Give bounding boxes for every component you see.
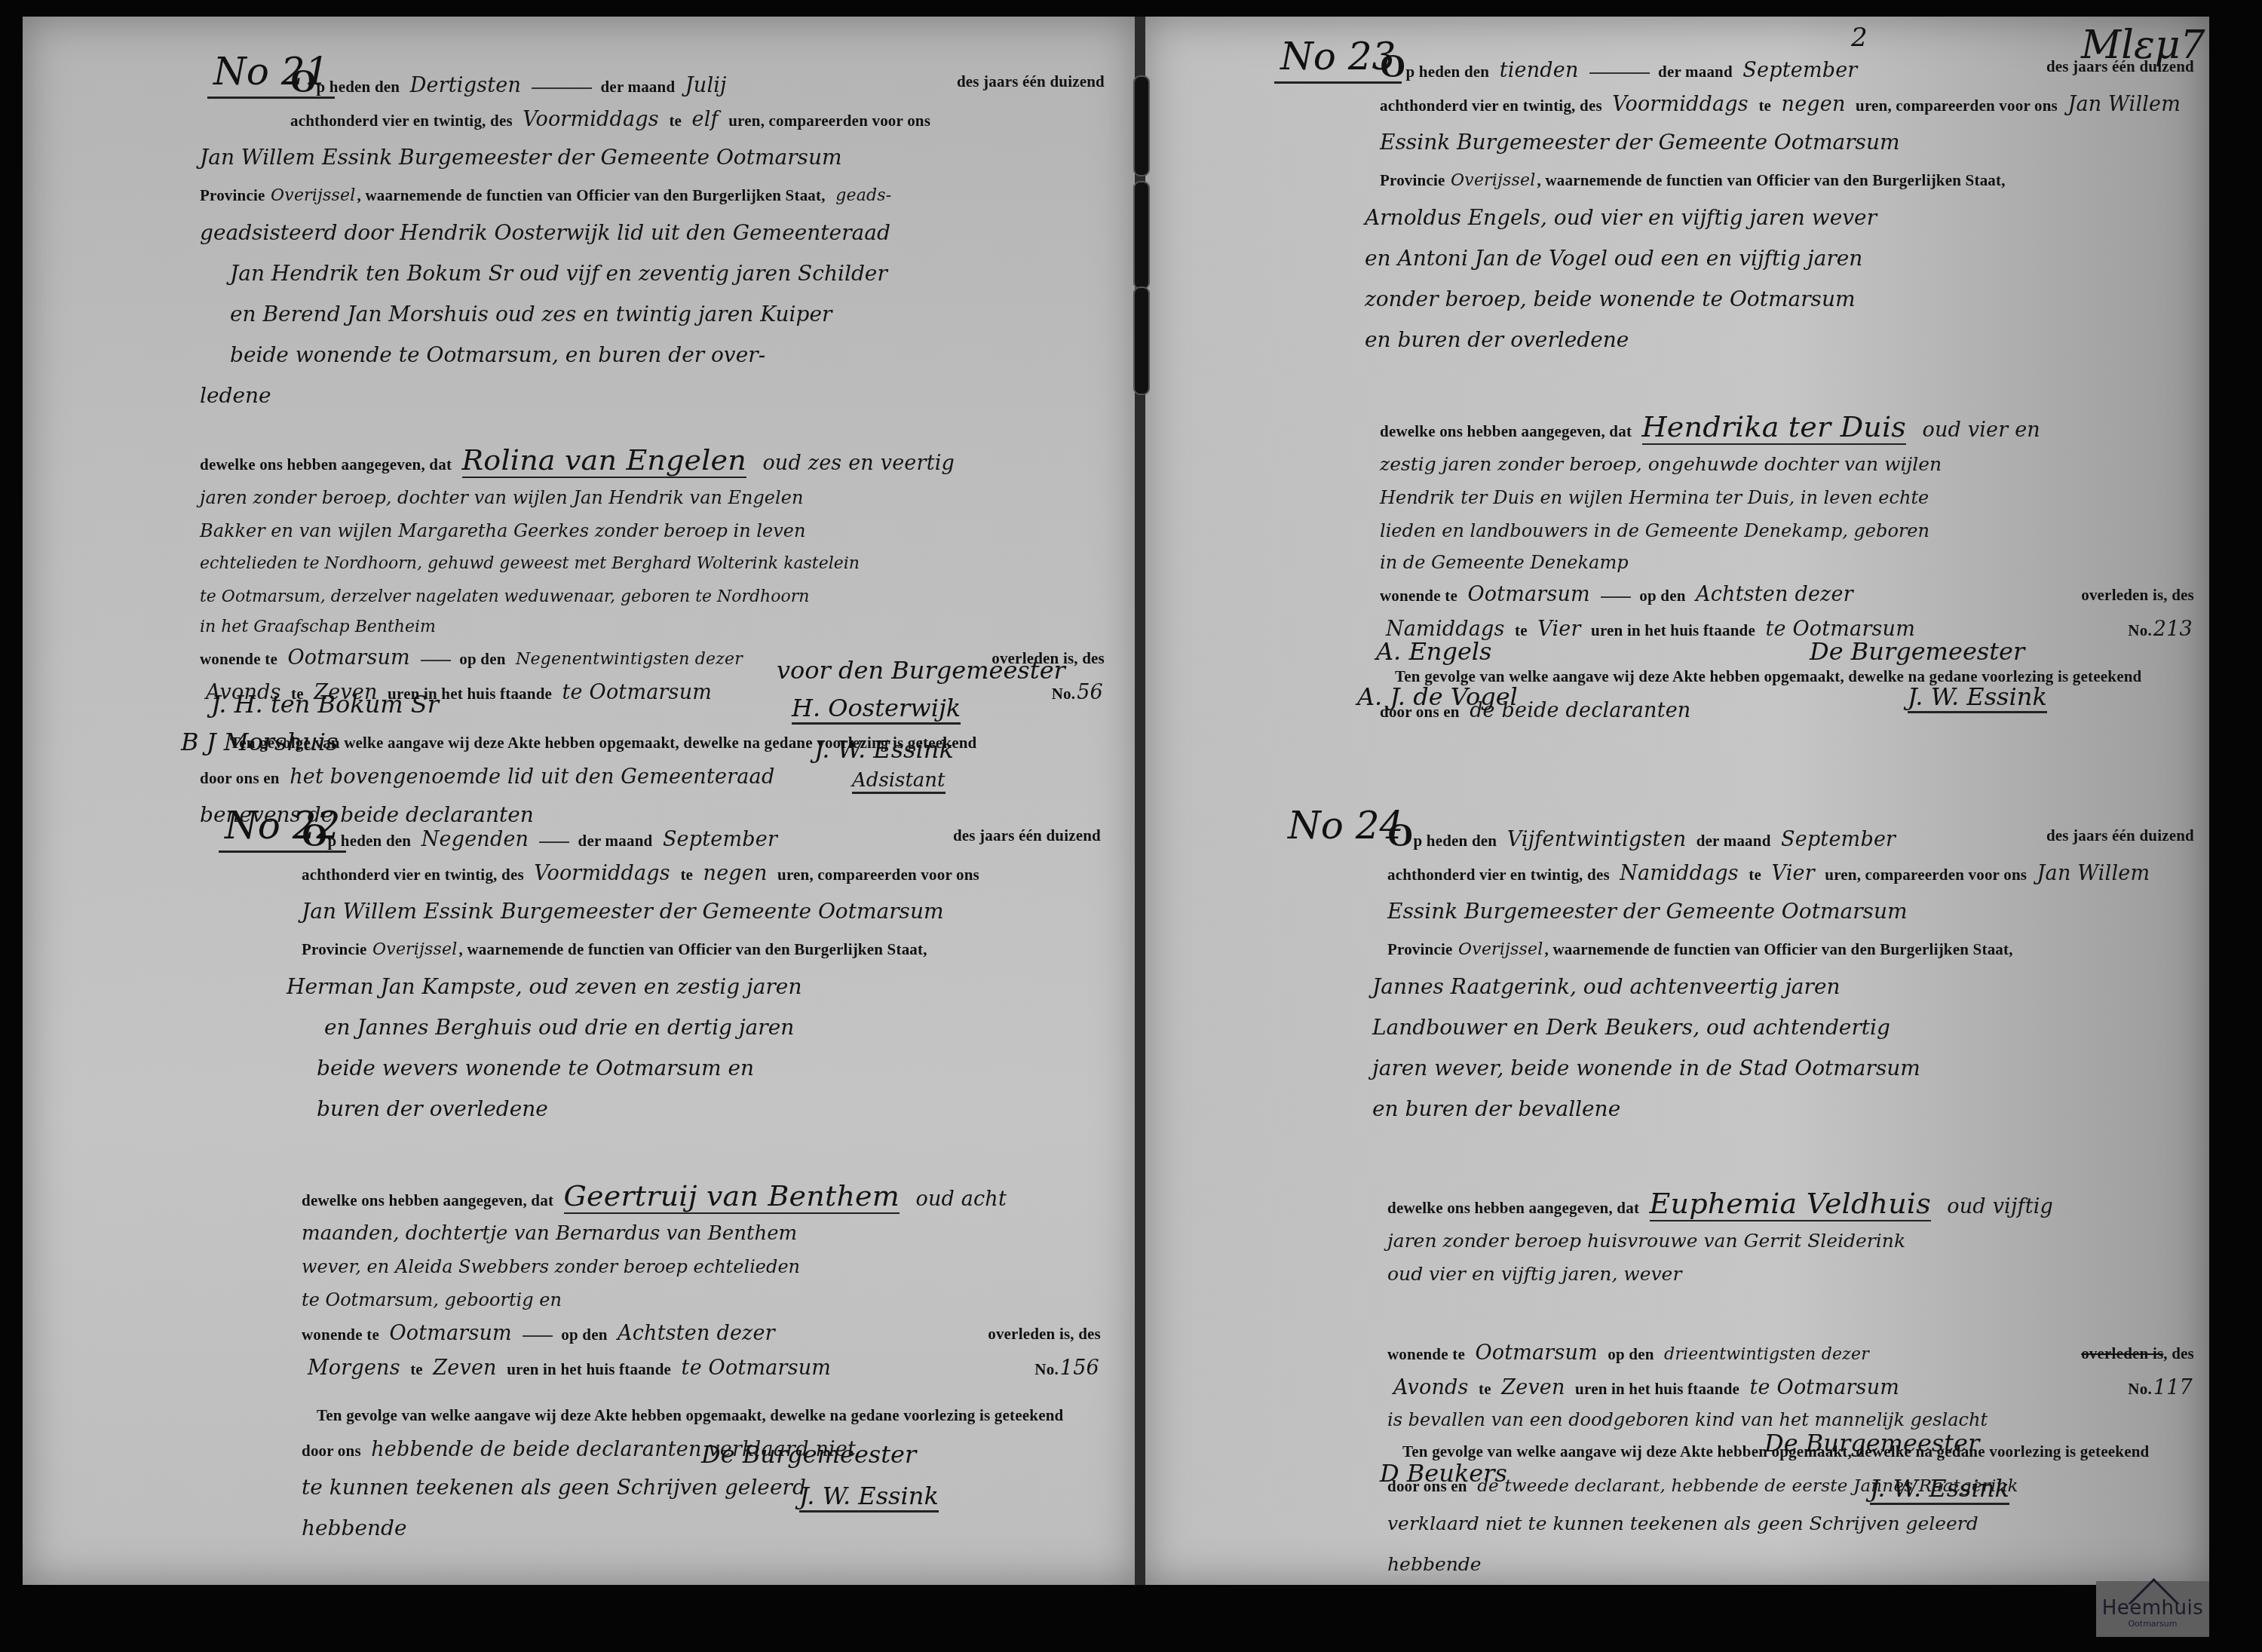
death-time-line: Avonds te Zeven uren in het huis ftaande… [1387, 1371, 2194, 1405]
printed-text: wonende te [1387, 1345, 1465, 1363]
month-field: September [1781, 828, 1896, 851]
hour-field: elf [692, 108, 719, 131]
printed-text: p heden den [1413, 832, 1497, 850]
declarant-line-4: en buren der overledene [1365, 320, 2194, 360]
day-field: Negenden [421, 828, 529, 851]
printed-text: Provincie [302, 940, 367, 958]
official-line: Jan Willem Essink Burgemeester der Gemee… [302, 891, 1101, 932]
printed-text: door ons [302, 1442, 361, 1460]
signed-by-field: het bovengenoemde lid uit den Gemeentera… [290, 765, 774, 789]
printed-text: dewelke ons hebben aangegeven, dat [1387, 1199, 1639, 1217]
fill-line [1601, 596, 1631, 598]
house-number: 56 [1077, 681, 1103, 704]
declarant-line-2: en Antoni Jan de Vogel oud een en vijfti… [1365, 238, 2194, 279]
signed-by-line-2: verklaard niet te kunnen teekenen als ge… [1387, 1503, 2194, 1544]
printed-text: uren, compareerden voor ons [1856, 97, 2058, 115]
description-line: maanden, dochtertje van Bernardus van Be… [302, 1217, 1101, 1250]
declarant-line-3: beide wonende te Ootmarsum, en buren der… [230, 335, 1105, 375]
act-time-line: achthonderd vier en twintig, des Voormid… [290, 103, 1105, 137]
description-line: jaren zonder beroep, dochter van wijlen … [200, 481, 1105, 514]
house-number: 117 [2153, 1376, 2193, 1399]
printed-text: uren, compareerden voor ons [777, 866, 979, 884]
printed-text: uren, compareerden voor ons [1825, 866, 2027, 884]
printed-text: te [1515, 621, 1528, 639]
description-line: oud zes en veertig [762, 452, 955, 475]
binding-stitch-lower [1133, 287, 1150, 395]
fill-line [539, 841, 569, 843]
signature: De Burgemeester [701, 1440, 916, 1469]
signature: De Burgemeester [1764, 1429, 1979, 1457]
signed-by-line: door ons en de tweede declarant, hebbend… [1387, 1469, 2194, 1503]
printed-text: overleden is, des [2081, 578, 2194, 612]
heemhuis-watermark: Heemhuis Ootmarsum [2096, 1581, 2209, 1637]
declarant-line-3: beide wevers wonende te Ootmarsum en [317, 1048, 1101, 1089]
printed-text: , waarnemende de functien van Officier v… [1545, 940, 2013, 958]
description-line: te Ootmarsum, geboortig en [302, 1283, 1101, 1316]
printed-text: wonende te [302, 1326, 379, 1344]
initial-O: O [290, 63, 316, 100]
printed-text: des jaars één duizend [957, 60, 1105, 103]
residence-field: Ootmarsum [1475, 1341, 1598, 1365]
printed-text: te [1479, 1380, 1491, 1398]
signature: J. W. Essink [1908, 682, 2047, 713]
printed-text: No. [1052, 685, 1076, 703]
printed-text: te [410, 1360, 423, 1378]
printed-text: wonende te [200, 650, 277, 668]
deceased-line: dewelke ons hebben aangegeven, dat Euphe… [1387, 1182, 2194, 1224]
official-line: Essink Burgemeester der Gemeente Ootmars… [1387, 891, 2194, 932]
printed-text: der maand [1696, 832, 1771, 850]
printed-text: achthonderd vier en twintig, des [1387, 866, 1610, 884]
declarant-line-1: Arnoldus Engels, oud vier en vijftig jar… [1365, 198, 2194, 238]
signed-by-line-3: hebbende [1387, 1544, 2194, 1585]
hour-field: negen [703, 862, 768, 885]
province-field: Overijssel [271, 186, 356, 205]
description-line: Bakker en van wijlen Margaretha Geerkes … [200, 514, 1105, 547]
printed-text: op den [459, 650, 505, 668]
death-day-field: Negenentwintigsten dezer [516, 650, 743, 669]
residence-field: Ootmarsum [389, 1322, 512, 1345]
description-line: wever, en Aleida Swebbers zonder beroep … [302, 1250, 1101, 1283]
printed-text: achthonderd vier en twintig, des [302, 866, 524, 884]
printed-text: der maand [578, 832, 653, 850]
death-day-field: Achtsten dezer [1696, 583, 1853, 606]
official-note-start: geads- [835, 186, 891, 205]
printed-text: No. [2128, 1380, 2152, 1398]
printed-text: , waarnemende de functien van Officier v… [459, 940, 927, 958]
death-time-line: Morgens te Zeven uren in het huis ftaand… [302, 1351, 1101, 1386]
description-line: in het Graafschap Bentheim [200, 614, 1105, 641]
description-line: oud vijftig [1947, 1195, 2053, 1218]
act-date-line: Op heden den Dertigsten der maand Julij … [290, 60, 1105, 103]
residence-line: wonende te Ootmarsum op den Achtsten dez… [1380, 578, 2194, 612]
part-of-day-field: Voormiddags [1612, 93, 1749, 116]
part-of-day-field: Voormiddags [534, 862, 670, 885]
fill-line [1589, 72, 1650, 74]
house-location-field: te Ootmarsum [1750, 1376, 1900, 1399]
act-23: No 23 Op heden den tienden der maand Sep… [1380, 45, 2194, 728]
printed-text: p heden den [316, 78, 400, 96]
official-line-tail: Jan Willem [2037, 862, 2150, 885]
printed-text: Provincie [200, 186, 265, 204]
act-date-line: Op heden den Negenden der maand Septembe… [302, 814, 1101, 857]
printed-text: te [680, 866, 693, 884]
death-day-field: Achtsten dezer [618, 1322, 775, 1345]
struck-printed-text: overleden is [2081, 1344, 2163, 1362]
declarant-line-4: en buren der bevallene [1372, 1089, 2194, 1129]
official-line: Essink Burgemeester der Gemeente Ootmars… [1380, 122, 2194, 163]
deceased-name: Rolina van Engelen [462, 443, 746, 478]
province-field: Overijssel [372, 940, 458, 959]
printed-text: uren, compareerden voor ons [728, 112, 930, 130]
act-time-line: achthonderd vier en twintig, des Voormid… [302, 857, 1101, 891]
act-24: No 24 Op heden den Vijfentwintigsten der… [1387, 814, 2194, 1585]
initial-O: O [302, 817, 327, 854]
initial-O: O [1380, 48, 1405, 84]
declarant-line-2: en Berend Jan Morshuis oud zes en twinti… [230, 294, 1105, 335]
official-note: geadsisteerd door Hendrik Oosterwijk lid… [200, 213, 1105, 253]
death-part-of-day-field: Avonds [1393, 1376, 1469, 1399]
act-21: No 21 Op heden den Dertigsten der maand … [290, 60, 1105, 835]
signature: De Burgemeester [1810, 637, 2024, 666]
province-field: Overijssel [1458, 940, 1543, 959]
fill-line [523, 1335, 553, 1337]
signature: J. W. Essink [814, 735, 954, 764]
closing-line: Ten gevolge van welke aangave wij deze A… [317, 1398, 1101, 1433]
house-number: 156 [1060, 1356, 1099, 1380]
binding-stitch-upper [1133, 75, 1150, 176]
death-hour-field: Zeven [1501, 1376, 1565, 1399]
official-line: Jan Willem Essink Burgemeester der Gemee… [200, 137, 1105, 178]
printed-text: des jaars één duizend [2046, 814, 2194, 857]
printed-text: Ten gevolge van welke aangave wij deze A… [317, 1406, 1063, 1424]
description-line: oud vier en [1923, 418, 2040, 442]
printed-text: te [1749, 866, 1761, 884]
deceased-line: dewelke ons hebben aangegeven, dat Geert… [302, 1175, 1101, 1217]
printed-text: op den [561, 1326, 607, 1344]
declarant-line-2: en Jannes Berghuis oud drie en dertig ja… [324, 1007, 1101, 1048]
signature: D Beukers [1380, 1459, 1507, 1488]
description-line: lieden en landbouwers in de Gemeente Den… [1380, 514, 2194, 547]
declarant-line-3: jaren wever, beide wonende in de Stad Oo… [1372, 1048, 2194, 1089]
printed-text: des jaars één duizend [953, 814, 1101, 857]
house-location-field: te Ootmarsum [562, 681, 713, 704]
declarant-line-2: Landbouwer en Derk Beukers, oud achtende… [1372, 1007, 2194, 1048]
act-22: No 22 Op heden den Negenden der maand Se… [302, 814, 1101, 1549]
printed-text: uren in het huis ftaande [507, 1360, 671, 1378]
printed-text: dewelke ons hebben aangegeven, dat [302, 1191, 553, 1209]
printed-text: achthonderd vier en twintig, des [1380, 97, 1602, 115]
signed-by-line-2: te kunnen teekenen als geen Schrijven ge… [302, 1467, 1101, 1508]
printed-text: op den [1608, 1345, 1654, 1363]
hour-field: Vier [1771, 862, 1814, 885]
hour-field: negen [1782, 93, 1846, 116]
deceased-line: dewelke ons hebben aangegeven, dat Rolin… [200, 439, 1105, 481]
printed-text: des jaars één duizend [2046, 45, 2194, 87]
signature: A. Engels [1376, 637, 1492, 666]
province-line: Provincie Overijssel, waarnemende de fun… [1380, 163, 2194, 198]
fill-line [421, 660, 451, 661]
signature: H. Oosterwijk [792, 694, 961, 725]
description-line: te Ootmarsum, derzelver nagelaten weduwe… [200, 581, 1105, 614]
printed-text: uren in het huis ftaande [1591, 621, 1755, 639]
signature: A. J. de Vogel [1357, 682, 1518, 711]
act-date-line: Op heden den tienden der maand September… [1380, 45, 2194, 87]
part-of-day-field: Namiddags [1620, 862, 1739, 885]
day-field: tienden [1500, 59, 1579, 82]
declarant-line-1: Jannes Raatgerink, oud achtenveertig jar… [1372, 967, 2194, 1007]
declarant-line-4: ledene [200, 375, 1105, 416]
printed-text: p heden den [327, 832, 411, 850]
description-line: Hendrik ter Duis en wijlen Hermina ter D… [1380, 481, 2194, 514]
printed-text: dewelke ons hebben aangegeven, dat [200, 455, 452, 474]
printed-text: No. [1034, 1360, 1059, 1378]
day-field: Vijfentwintigsten [1507, 828, 1687, 851]
death-part-of-day-field: Morgens [308, 1356, 400, 1380]
declarant-line-4: buren der overledene [317, 1089, 1101, 1129]
printed-text: No. [2128, 621, 2152, 639]
printed-text: overleden is, des [988, 1316, 1101, 1351]
act-time-line: achthonderd vier en twintig, des Namidda… [1387, 857, 2194, 891]
deceased-name: Hendrika ter Duis [1642, 410, 1907, 445]
province-field: Overijssel [1451, 171, 1536, 190]
residence-field: Ootmarsum [1467, 583, 1590, 606]
deceased-name: Geertruij van Benthem [564, 1179, 900, 1214]
signature: J. W. Essink [799, 1482, 939, 1513]
signature: Adsistant [852, 769, 946, 794]
signature: voor den Burgemeester [777, 656, 1065, 685]
printed-text: Provincie [1387, 940, 1453, 958]
declarant-line-1: Herman Jan Kampste, oud zeven en zestig … [287, 967, 1101, 1007]
printed-text: wonende te [1380, 587, 1457, 605]
printed-text: achthonderd vier en twintig, des [290, 112, 513, 130]
death-day-field: drieentwintigsten dezer [1664, 1345, 1869, 1364]
printed-text: te [669, 112, 682, 130]
signed-by-line-3: hebbende [302, 1508, 1101, 1549]
fill-line [532, 87, 592, 89]
month-field: September [663, 828, 777, 851]
act-time-line: achthonderd vier en twintig, des Voormid… [1380, 87, 2194, 122]
closing-line: Ten gevolge van welke aangave wij deze A… [230, 725, 1105, 760]
declarant-line-3: zonder beroep, beide wonende te Ootmarsu… [1365, 279, 2194, 320]
printed-text: dewelke ons hebben aangegeven, dat [1380, 422, 1632, 440]
deceased-name: Euphemia Veldhuis [1650, 1187, 1931, 1221]
residence-line: wonende te Ootmarsum op den Achtsten dez… [302, 1316, 1101, 1351]
printed-text: te [1758, 97, 1771, 115]
printed-text: door ons en [200, 769, 280, 787]
death-time-line: Namiddags te Vier uren in het huis ftaan… [1380, 612, 2194, 647]
printed-text: uren in het huis ftaande [1575, 1380, 1739, 1398]
part-of-day-field: Voormiddags [523, 108, 659, 131]
printed-text: p heden den [1405, 63, 1489, 81]
province-line: Provincie Overijssel, waarnemende de fun… [200, 178, 1105, 213]
house-number: 213 [2153, 618, 2193, 641]
description-line: jaren zonder beroep huisvrouwe van Gerri… [1387, 1224, 2194, 1258]
printed-text: der maand [1658, 63, 1733, 81]
initial-O: O [1387, 817, 1413, 854]
printed-text: , waarnemende de functien van Officier v… [357, 186, 826, 204]
description-line: oud vier en vijftig jaren, wever [1387, 1258, 2194, 1291]
signed-by-line: door ons en het bovengenoemde lid uit de… [200, 760, 1105, 795]
official-line-tail: Jan Willem [2067, 93, 2181, 116]
province-line: Provincie Overijssel, waarnemende de fun… [302, 932, 1101, 967]
death-hour-field: Vier [1537, 618, 1580, 641]
printed-text: , waarnemende de functien van Officier v… [1537, 171, 2006, 189]
month-field: September [1742, 59, 1857, 82]
death-hour-field: Zeven [433, 1356, 496, 1380]
residence-line: wonende te Ootmarsum op den drieentwinti… [1387, 1336, 2194, 1371]
deceased-line: dewelke ons hebben aangegeven, dat Hendr… [1380, 406, 2194, 448]
signature: J. W. Essink [1870, 1474, 2009, 1505]
province-line: Provincie Overijssel, waarnemende de fun… [1387, 932, 2194, 967]
month-field: Julij [685, 74, 727, 97]
act-date-line: Op heden den Vijfentwintigsten der maand… [1387, 814, 2194, 857]
description-line: in de Gemeente Denekamp [1380, 547, 2194, 578]
signature: J. H. ten Bokum Sr [211, 690, 439, 719]
printed-text: Provincie [1380, 171, 1445, 189]
house-location-field: te Ootmarsum [682, 1356, 832, 1380]
house-roof-icon [2096, 1581, 2209, 1598]
description-line: oud acht [915, 1188, 1007, 1211]
printed-text: op den [1639, 587, 1685, 605]
description-line: zestig jaren zonder beroep, ongehuwde do… [1380, 448, 2194, 481]
watermark-place: Ootmarsum [2096, 1619, 2209, 1629]
binding-stitch-middle [1133, 181, 1150, 290]
description-line: echtelieden te Nordhoorn, gehuwd geweest… [200, 547, 1105, 581]
declarant-line-1: Jan Hendrik ten Bokum Sr oud vijf en zev… [230, 253, 1105, 294]
residence-field: Ootmarsum [287, 646, 410, 670]
signature: B J Morshuis [181, 728, 338, 756]
day-field: Dertigsten [410, 74, 521, 97]
printed-text: der maand [600, 78, 675, 96]
